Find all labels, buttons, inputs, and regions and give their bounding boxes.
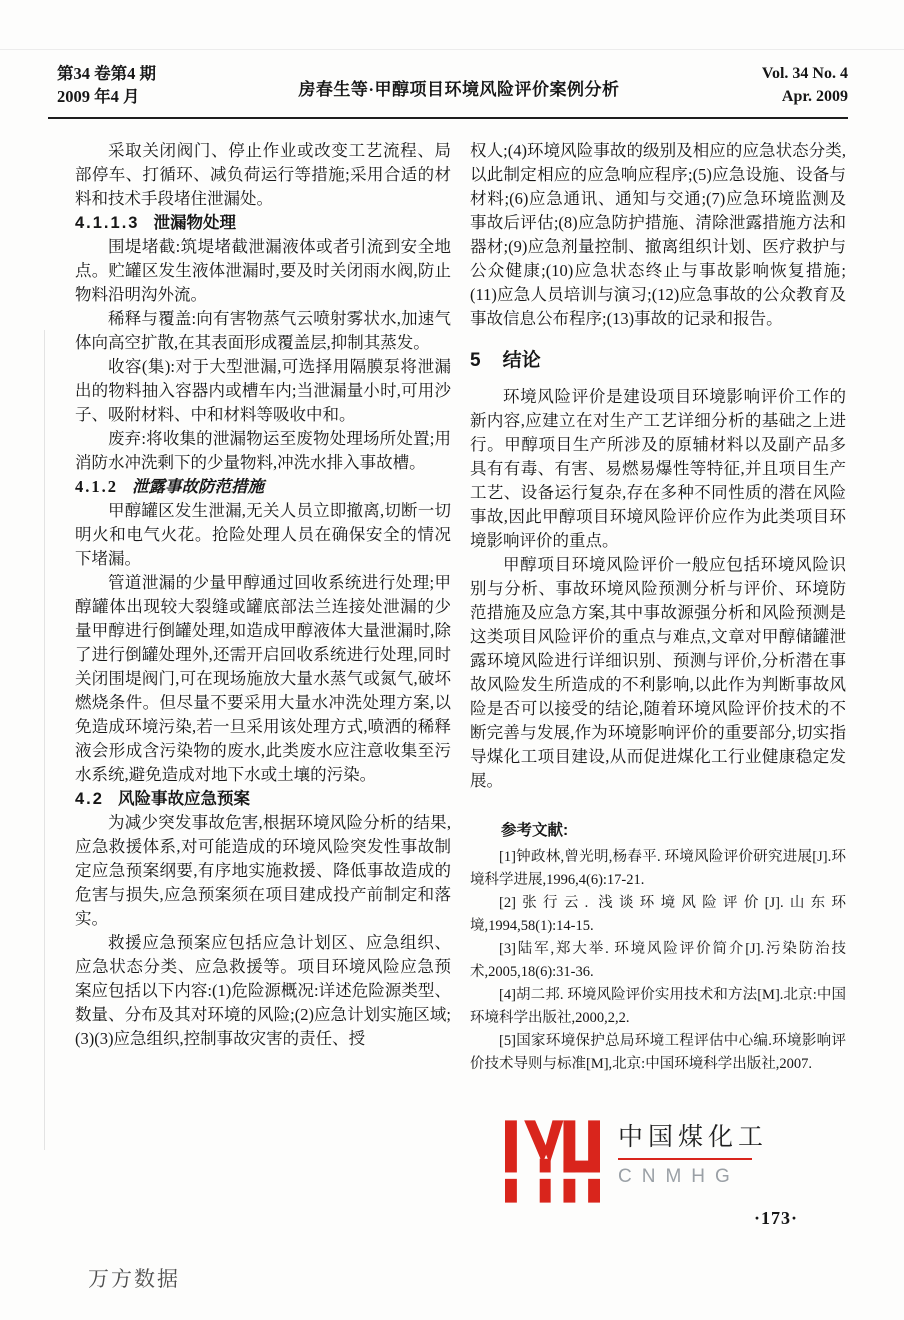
section-heading-5: 5结论 (470, 348, 846, 374)
paragraph: 环境风险评价是建设项目环境影响评价工作的新内容,应建立在对生产工艺详细分析的基础… (470, 385, 846, 553)
paragraph: 围堤堵截:筑堤堵截泄漏液体或者引流到安全地点。贮罐区发生液体泄漏时,要及时关闭雨… (75, 235, 451, 307)
reference-item: [1]钟政林,曾光明,杨春平. 环境风险评价研究进展[J].环境科学进展,199… (470, 846, 846, 892)
page-header: 第34 卷第4 期 2009 年4 月 房春生等·甲醇项目环境风险评价案例分析 … (57, 62, 848, 108)
section-heading-4-2: 4.2风险事故应急预案 (75, 787, 451, 811)
cnmhg-logo: 中国煤化工 CNMHG (505, 1118, 768, 1205)
logo-text: 中国煤化工 CNMHG (618, 1118, 768, 1188)
wanfang-watermark: 万方数据 (88, 1263, 180, 1293)
paper-page: 第34 卷第4 期 2009 年4 月 房春生等·甲醇项目环境风险评价案例分析 … (0, 0, 904, 1320)
section-heading-4-1-1-3: 4.1.1.3泄漏物处理 (75, 211, 451, 235)
paragraph: 甲醇项目环境风险评价一般应包括环境风险识别与分析、事故环境风险预测分析与评价、环… (470, 553, 846, 793)
logo-name-cn: 中国煤化工 (618, 1122, 768, 1153)
paragraph: 收容(集):对于大型泄漏,可选择用隔膜泵将泄漏出的物料抽入容器内或槽车内;当泄漏… (75, 355, 451, 427)
references-heading: 参考文献: (470, 819, 846, 842)
section-number: 4.1.2 (75, 477, 118, 496)
reference-item: [3]陆军,郑大举. 环境风险评价简介[J].污染防治技术,2005,18(6)… (470, 938, 846, 984)
right-column: 权人;(4)环境风险事故的级别及相应的应急状态分类,以此制定相应的应急响应程序;… (470, 139, 846, 1076)
paragraph-continuation: 权人;(4)环境风险事故的级别及相应的应急状态分类,以此制定相应的应急响应程序;… (470, 139, 846, 331)
reference-item: [5]国家环境保护总局环境工程评估中心编.环境影响评价技术导则与标准[M],北京… (470, 1030, 846, 1076)
paragraph: 甲醇罐区发生泄漏,无关人员立即撤离,切断一切明火和电气火花。抢险处理人员在确保安… (75, 499, 451, 571)
section-number: 5 (470, 350, 481, 371)
scan-artifact-line (0, 49, 904, 50)
paragraph: 采取关闭阀门、停止作业或改变工艺流程、局部停车、打循环、减负荷运行等措施;采用合… (75, 139, 451, 211)
vol-no-en: Vol. 34 No. 4 (762, 62, 848, 85)
paragraph: 为减少突发事故危害,根据环境风险分析的结果,应急救援体系,对可能造成的环境风险突… (75, 811, 451, 931)
reference-item: [4]胡二邦. 环境风险评价实用技术和方法[M].北京:中国环境科学出版社,20… (470, 984, 846, 1030)
myh-monogram-icon (505, 1118, 600, 1205)
section-title: 泄漏物处理 (153, 214, 236, 232)
logo-name-en: CNMHG (618, 1166, 768, 1188)
section-title: 结论 (503, 350, 541, 371)
page-number: ·173· (736, 1208, 816, 1229)
paragraph: 管道泄漏的少量甲醇通过回收系统进行处理;甲醇罐体出现较大裂缝或罐底部法兰连接处泄… (75, 571, 451, 787)
running-title: 房春生等·甲醇项目环境风险评价案例分析 (298, 75, 619, 100)
header-issue-info: 第34 卷第4 期 2009 年4 月 (57, 62, 156, 108)
left-column: 采取关闭阀门、停止作业或改变工艺流程、局部停车、打循环、减负荷运行等措施;采用合… (75, 139, 451, 1051)
reference-item: [2]张行云. 浅谈环境风险评价[J].山东环境,1994,58(1):14-1… (470, 892, 846, 938)
volume-issue: 第34 卷第4 期 (57, 62, 156, 85)
logo-divider (618, 1158, 752, 1160)
header-vol-info: Vol. 34 No. 4 Apr. 2009 (762, 62, 848, 108)
section-number: 4.2 (75, 790, 104, 808)
section-number: 4.1.1.3 (75, 214, 139, 232)
paragraph: 废弃:将收集的泄漏物运至废物处理场所处置;用消防水冲洗剩下的少量物料,冲洗水排入… (75, 427, 451, 475)
section-title: 泄露事故防范措施 (132, 477, 264, 496)
issue-date-en: Apr. 2009 (762, 85, 848, 108)
issue-date-cn: 2009 年4 月 (57, 85, 156, 108)
header-rule (48, 117, 848, 119)
left-margin-line (44, 330, 45, 1150)
section-heading-4-1-2: 4.1.2泄露事故防范措施 (75, 475, 451, 499)
paragraph: 稀释与覆盖:向有害物蒸气云喷射雾状水,加速气体向高空扩散,在其表面形成覆盖层,抑… (75, 307, 451, 355)
section-title: 风险事故应急预案 (118, 790, 250, 808)
paragraph: 救援应急预案应包括应急计划区、应急组织、应急状态分类、应急救援等。项目环境风险应… (75, 931, 451, 1051)
